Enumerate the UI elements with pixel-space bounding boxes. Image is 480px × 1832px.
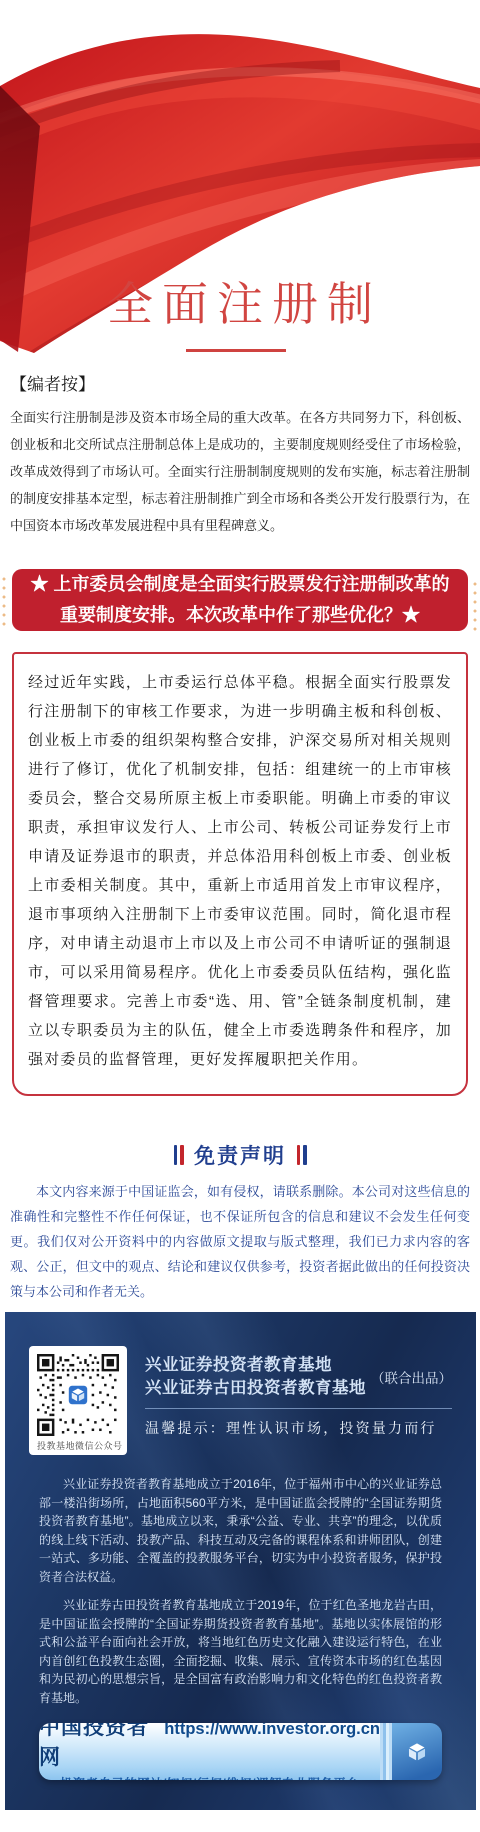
qr-caption: 投教基地微信公众号 [37,1439,119,1452]
footer-org-block: 兴业证券投资者教育基地 兴业证券古田投资者教育基地 （联合出品） 温馨提示：理性… [145,1354,452,1455]
article-body: 经过近年实践，上市委运行总体平稳。根据全面实行股票发行注册制下的审核工作要求，为… [28,668,452,1074]
page-title: 全面注册制 [0,282,480,328]
about-paragraph-1: 兴业证券投资者教育基地成立于2016年，位于福州市中心的兴业证券总部一楼沿街场所… [39,1475,442,1586]
investor-site-slogan: 投资者自己的网站/知权/行权/维权/调解专业服务平台 [60,1774,359,1780]
highlight-line-1: ★ 上市委员会制度是全面实行股票发行注册制改革的 [20,569,460,600]
reminder-text: 温馨提示：理性认识市场，投资量力而行 [145,1418,452,1438]
editor-note-heading: 【编者按】 [10,370,470,395]
double-bar-icon [303,1145,307,1165]
qr-code-image [37,1354,119,1436]
org-title-1: 兴业证券投资者教育基地 [145,1354,369,1377]
disclaimer-heading: 免责声明 [0,1140,480,1170]
investor-box-icon [404,1739,430,1765]
disclaimer-title: 免责声明 [194,1140,286,1170]
double-bar-icon [180,1145,184,1165]
highlight-line-2: 重要制度安排。本次改革中作了那些优化？★ [20,600,460,631]
highlight-banner: ★ 上市委员会制度是全面实行股票发行注册制改革的 重要制度安排。本次改革中作了那… [12,569,468,631]
title-underline [186,349,286,352]
editor-note-section: 【编者按】 全面实行注册制是涉及资本市场全局的重大改革。在各方共同努力下，科创板… [10,370,470,539]
article-card: 经过近年实践，上市委运行总体平稳。根据全面实行股票发行注册制下的审核工作要求，为… [12,652,468,1096]
investor-site-url[interactable]: https://www.investor.org.cn [164,1723,380,1739]
qr-logo [67,1384,89,1406]
editor-note-body: 全面实行注册制是涉及资本市场全局的重大改革。在各方共同努力下，科创板、创业板和北… [10,404,470,539]
pages-decoration [380,1723,392,1780]
double-bar-icon [297,1145,301,1165]
about-paragraph-2: 兴业证券古田投资者教育基地成立于2019年，位于红色圣地龙岩古田，是中国证监会授… [39,1596,442,1707]
hero-section: 全面注册制 [0,0,480,358]
investor-site-banner[interactable]: 中国投资者网 https://www.investor.org.cn 投资者自己… [39,1723,442,1780]
footer-card: 投教基地微信公众号 兴业证券投资者教育基地 兴业证券古田投资者教育基地 （联合出… [5,1312,476,1810]
double-bar-icon [174,1145,178,1165]
investor-site-text: 中国投资者网 https://www.investor.org.cn 投资者自己… [39,1723,380,1780]
investor-site-name: 中国投资者网 [39,1723,155,1771]
dots-decoration-right [473,582,477,634]
footer-divider [145,1408,452,1409]
article-page: 全面注册制 【编者按】 全面实行注册制是涉及资本市场全局的重大改革。在各方共同努… [0,0,480,1832]
footer-header: 投教基地微信公众号 兴业证券投资者教育基地 兴业证券古田投资者教育基地 （联合出… [29,1346,452,1455]
investor-logo-block [392,1723,442,1780]
org-title-2: 兴业证券古田投资者教育基地 [145,1377,369,1400]
dots-decoration-left [2,577,6,629]
disclaimer-body: 本文内容来源于中国证监会，如有侵权，请联系删除。本公司对这些信息的准确性和完整性… [10,1179,470,1304]
qr-code-card: 投教基地微信公众号 [29,1346,127,1455]
coproduction-label: （联合出品） [371,1367,452,1387]
